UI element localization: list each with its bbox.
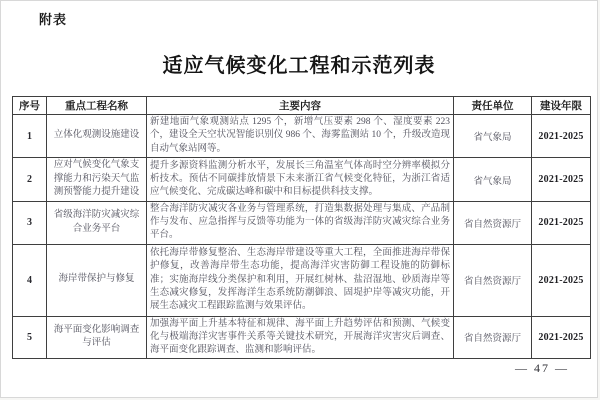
responsible-unit: 省自然资源厅 xyxy=(454,316,532,359)
table-row: 5 海平面变化影响调查与评估 加强海平面上升基本特征和规律、海平面上升趋势评估和… xyxy=(13,316,591,359)
responsible-unit: 省自然资源厅 xyxy=(454,244,532,316)
project-name: 立体化观测设施建设 xyxy=(47,115,147,158)
row-number: 2 xyxy=(13,158,47,202)
table-row: 3 省级海洋防灾减灾综合业务平台 整合海洋防灾减灾各业务与管理系统，打造集数据处… xyxy=(13,202,591,245)
construction-years: 2021-2025 xyxy=(532,115,591,158)
responsible-unit: 省自然资源厅 xyxy=(454,202,532,245)
project-content: 整合海洋防灾减灾各业务与管理系统，打造集数据处理与集成、产品制作与发布、应急指挥… xyxy=(147,202,454,245)
project-name: 海岸带保护与修复 xyxy=(47,244,147,316)
project-name: 省级海洋防灾减灾综合业务平台 xyxy=(47,202,147,245)
header-content: 主要内容 xyxy=(147,97,454,115)
page-title: 适应气候变化工程和示范列表 xyxy=(1,49,597,78)
table-row: 2 应对气候变化气象支撑能力和污染天气监测预警能力提升建设 提升多源资料监测分析… xyxy=(13,158,591,202)
project-name: 应对气候变化气象支撑能力和污染天气监测预警能力提升建设 xyxy=(47,158,147,202)
header-no: 序号 xyxy=(13,97,47,115)
construction-years: 2021-2025 xyxy=(532,316,591,359)
project-name: 海平面变化影响调查与评估 xyxy=(47,316,147,359)
page-number: — 47 — xyxy=(515,361,569,376)
table-row: 4 海岸带保护与修复 依托海岸带修复整治、生态海岸带建设等重大工程，全面推进海岸… xyxy=(13,244,591,316)
document-page: 附表 适应气候变化工程和示范列表 序号 重点工程名称 主要内容 责任单位 建设年… xyxy=(0,0,598,398)
header-unit: 责任单位 xyxy=(454,97,532,115)
row-number: 5 xyxy=(13,316,47,359)
table-row: 1 立体化观测设施建设 新建地面气象观测站点 1295 个，新增气压要素 298… xyxy=(13,115,591,158)
row-number: 3 xyxy=(13,202,47,245)
header-years: 建设年限 xyxy=(532,97,591,115)
project-content: 提升多源资料监测分析水平，发展长三角温室气体高时空分辨率模拟分析技术。预估不同碳… xyxy=(147,158,454,202)
project-content: 依托海岸带修复整治、生态海岸带建设等重大工程，全面推进海岸带保护修复，改善海岸带… xyxy=(147,244,454,316)
row-number: 4 xyxy=(13,244,47,316)
responsible-unit: 省气象局 xyxy=(454,115,532,158)
construction-years: 2021-2025 xyxy=(532,244,591,316)
responsible-unit: 省气象局 xyxy=(454,158,532,202)
project-content: 加强海平面上升基本特征和规律、海平面上升趋势评估和预测、气候变化与极端海洋灾害事… xyxy=(147,316,454,359)
appendix-label: 附表 xyxy=(39,9,67,28)
row-number: 1 xyxy=(13,115,47,158)
project-content: 新建地面气象观测站点 1295 个，新增气压要素 298 个、湿度要素 223 … xyxy=(147,115,454,158)
construction-years: 2021-2025 xyxy=(532,158,591,202)
header-name: 重点工程名称 xyxy=(47,97,147,115)
construction-years: 2021-2025 xyxy=(532,202,591,245)
projects-table: 序号 重点工程名称 主要内容 责任单位 建设年限 1 立体化观测设施建设 新建地… xyxy=(12,96,591,359)
table-header-row: 序号 重点工程名称 主要内容 责任单位 建设年限 xyxy=(13,97,591,115)
